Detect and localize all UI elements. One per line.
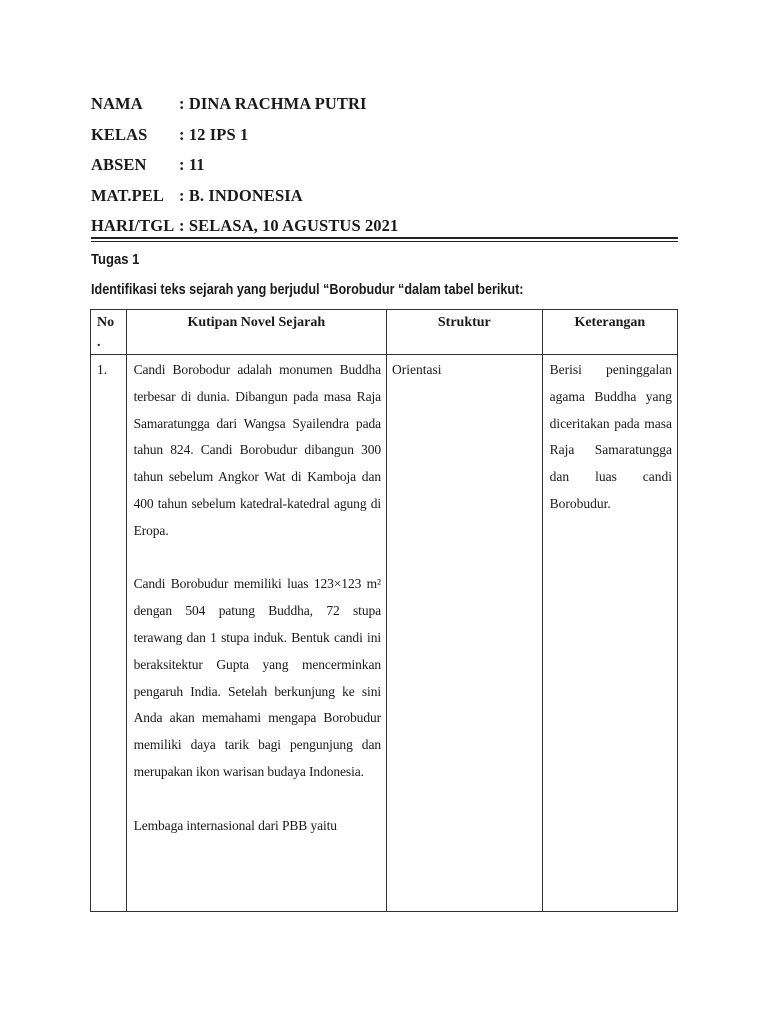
kutipan-paragraph: Lembaga internasional dari PBB yaitu (134, 813, 381, 840)
field-label: MAT.PEL (91, 186, 164, 206)
task-instruction: Identifikasi teks sejarah yang berjudul … (91, 282, 524, 298)
field-label: ABSEN (91, 155, 147, 175)
field-value: : SELASA, 10 AGUSTUS 2021 (179, 216, 398, 236)
header-struktur: Struktur (387, 310, 543, 355)
divider (91, 241, 678, 242)
header-kutipan: Kutipan Novel Sejarah (126, 310, 386, 355)
header-no-dot: . (97, 335, 101, 350)
cell-kutipan: Candi Borobodur adalah monumen Buddha te… (126, 355, 386, 912)
table-row: 1. Candi Borobodur adalah monumen Buddha… (91, 355, 678, 912)
field-value: : B. INDONESIA (179, 186, 303, 206)
field-value: : 12 IPS 1 (179, 125, 248, 145)
field-label: KELAS (91, 125, 147, 145)
analysis-table: No. Kutipan Novel Sejarah Struktur Keter… (90, 309, 678, 912)
table-header-row: No. Kutipan Novel Sejarah Struktur Keter… (91, 310, 678, 355)
kutipan-paragraph: Candi Borobudur memiliki luas 123×123 m²… (134, 571, 381, 785)
cell-keterangan: Berisi peninggalan agama Buddha yang dic… (542, 355, 677, 912)
header-no: No. (91, 310, 127, 355)
cell-no: 1. (91, 355, 127, 912)
header-no-text: No (97, 315, 114, 330)
field-value: : 11 (179, 155, 205, 175)
header-keterangan: Keterangan (542, 310, 677, 355)
cell-struktur: Orientasi (387, 355, 543, 912)
field-value: : DINA RACHMA PUTRI (179, 94, 367, 114)
field-label: NAMA (91, 94, 143, 114)
field-label: HARI/TGL (91, 216, 174, 236)
divider (91, 237, 678, 239)
kutipan-paragraph: Candi Borobodur adalah monumen Buddha te… (134, 357, 381, 545)
task-title: Tugas 1 (91, 252, 139, 268)
